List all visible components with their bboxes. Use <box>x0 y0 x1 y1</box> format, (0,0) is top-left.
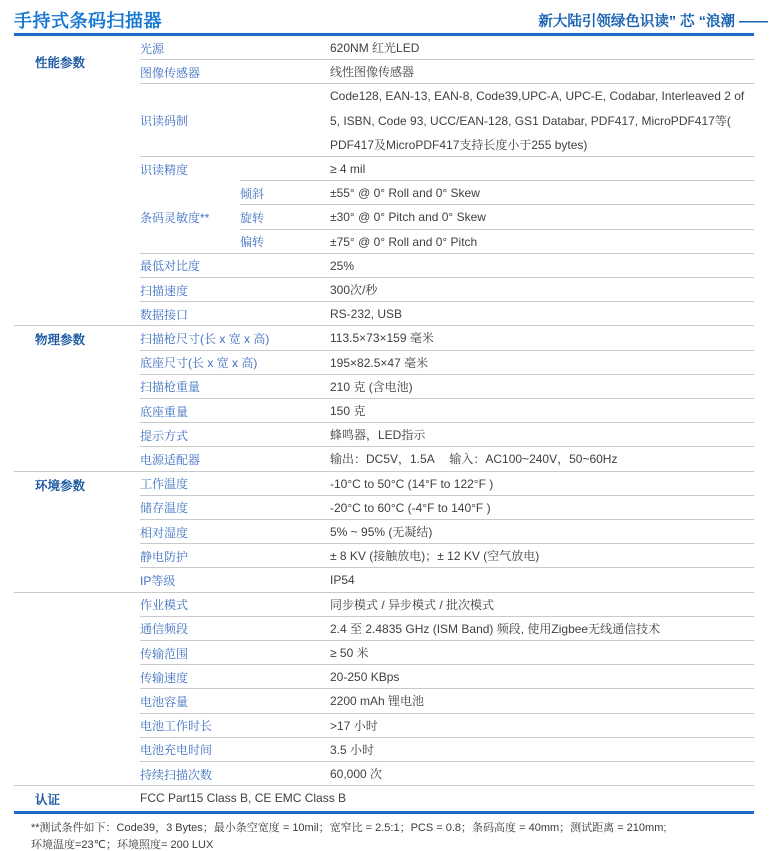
spec-value: 同步模式 / 异步模式 / 批次模式 <box>330 593 754 617</box>
spec-value: IP54 <box>330 568 754 592</box>
section-rows: 作业模式同步模式 / 异步模式 / 批次模式通信频段2.4 至 2.4835 G… <box>140 593 754 787</box>
spec-row: 倾斜±55° @ 0° Roll and 0° Skew <box>140 181 754 205</box>
spec-sublabel: 倾斜 <box>240 185 330 202</box>
spec-value: RS-232, USB <box>330 302 754 326</box>
spec-label: 相对湿度 <box>140 524 240 541</box>
spec-value: 20-250 KBps <box>330 665 754 689</box>
spec-row: 相对湿度5% ~ 95% (无凝结) <box>140 520 754 544</box>
section-rows: 扫描枪尺寸(长 x 宽 x 高)113.5×73×159 毫米底座尺寸(长 x … <box>140 326 754 471</box>
spec-label: 扫描枪尺寸(长 x 宽 x 高) <box>140 330 240 347</box>
spec-label: 条码灵敏度** <box>140 209 240 226</box>
footnote: **测试条件如下：Code39，3 Bytes；最小条空宽度 = 10mil；宽… <box>0 814 771 851</box>
spec-row: 条码灵敏度**旋转±30° @ 0° Pitch and 0° Skew <box>140 205 754 229</box>
spec-value: 60,000 次 <box>330 762 754 786</box>
spec-row: IP等级IP54 <box>140 568 754 592</box>
spec-row: 扫描速度300次/秒 <box>140 278 754 302</box>
spec-value: -10°C to 50°C (14°F to 122°F ) <box>330 472 754 496</box>
spec-value: ±30° @ 0° Pitch and 0° Skew <box>330 205 754 229</box>
spec-label: 识读码制 <box>140 112 240 129</box>
spec-value: Code128, EAN-13, EAN-8, Code39,UPC-A, UP… <box>330 84 754 157</box>
spec-row: 通信频段2.4 至 2.4835 GHz (ISM Band) 频段, 使用Zi… <box>140 617 754 641</box>
spec-row: 扫描枪重量210 克 (含电池) <box>140 375 754 399</box>
section-category <box>14 593 140 787</box>
spec-value: 113.5×73×159 毫米 <box>330 326 754 350</box>
spec-label: 传输速度 <box>140 669 240 686</box>
spec-value: 2200 mAh 锂电池 <box>330 689 754 713</box>
spec-row: 静电防护± 8 KV (接触放电)；± 12 KV (空气放电) <box>140 544 754 568</box>
spec-row: 提示方式蜂鸣器，LED指示 <box>140 423 754 447</box>
spec-label: 储存温度 <box>140 499 240 516</box>
spec-value: -20°C to 60°C (-4°F to 140°F ) <box>330 496 754 520</box>
spec-label: 扫描速度 <box>140 282 240 299</box>
spec-label: 传输范围 <box>140 645 240 662</box>
spec-label: 数据接口 <box>140 306 240 323</box>
spec-value: 210 克 (含电池) <box>330 375 754 399</box>
spec-value: FCC Part15 Class B, CE EMC Class B <box>140 786 754 810</box>
spec-value: 蜂鸣器，LED指示 <box>330 423 754 447</box>
spec-row: 传输范围≥ 50 米 <box>140 641 754 665</box>
spec-row: 最低对比度25% <box>140 254 754 278</box>
spec-label: 持续扫描次数 <box>140 766 240 783</box>
spec-value: 输出：DC5V，1.5A 输入：AC100~240V，50~60Hz <box>330 447 754 471</box>
spec-value: 3.5 小时 <box>330 738 754 762</box>
brand-tagline: 新大陆引领绿色识读” 芯 “浪潮 —— <box>538 7 768 31</box>
spec-row: 储存温度-20°C to 60°C (-4°F to 140°F ) <box>140 496 754 520</box>
spec-label: 识读精度 <box>140 161 240 178</box>
spec-label: 扫描枪重量 <box>140 378 240 395</box>
spec-value: 195×82.5×47 毫米 <box>330 351 754 375</box>
footnote-line-1: **测试条件如下：Code39，3 Bytes；最小条空宽度 = 10mil；宽… <box>31 820 761 838</box>
spec-value: 2.4 至 2.4835 GHz (ISM Band) 频段, 使用Zigbee… <box>330 617 754 641</box>
spec-value: ±75° @ 0° Roll and 0° Pitch <box>330 230 754 254</box>
spec-section: 认证FCC Part15 Class B, CE EMC Class B <box>14 786 754 810</box>
spec-value: 线性图像传感器 <box>330 60 754 84</box>
spec-value: 300次/秒 <box>330 278 754 302</box>
spec-row: 电池工作时长>17 小时 <box>140 714 754 738</box>
spec-label: 静电防护 <box>140 548 240 565</box>
spec-row: 电池容量2200 mAh 锂电池 <box>140 689 754 713</box>
spec-row: 扫描枪尺寸(长 x 宽 x 高)113.5×73×159 毫米 <box>140 326 754 350</box>
page-header: 手持式条码扫描器 新大陆引领绿色识读” 芯 “浪潮 —— <box>0 0 771 33</box>
spec-row: 光源620NM 红光LED <box>140 36 754 60</box>
section-rows: 光源620NM 红光LED图像传感器线性图像传感器识读码制Code128, EA… <box>140 36 754 326</box>
spec-label: IP等级 <box>140 572 240 589</box>
section-category: 性能参数 <box>14 36 140 326</box>
page-title: 手持式条码扫描器 <box>14 7 162 33</box>
spec-section: 物理参数扫描枪尺寸(长 x 宽 x 高)113.5×73×159 毫米底座尺寸(… <box>14 326 754 471</box>
spec-label: 最低对比度 <box>140 257 240 274</box>
spec-section: 作业模式同步模式 / 异步模式 / 批次模式通信频段2.4 至 2.4835 G… <box>14 593 754 787</box>
spec-value: 5% ~ 95% (无凝结) <box>330 520 754 544</box>
spec-section: 环境参数工作温度-10°C to 50°C (14°F to 122°F )储存… <box>14 472 754 593</box>
spec-row: 作业模式同步模式 / 异步模式 / 批次模式 <box>140 593 754 617</box>
spec-label: 电源适配器 <box>140 451 240 468</box>
spec-row: 识读码制Code128, EAN-13, EAN-8, Code39,UPC-A… <box>140 84 754 157</box>
section-category: 认证 <box>14 786 140 810</box>
datasheet-page: 手持式条码扫描器 新大陆引领绿色识读” 芯 “浪潮 —— 性能参数光源620NM… <box>0 0 771 851</box>
spec-row: 电池充电时间3.5 小时 <box>140 738 754 762</box>
spec-label: 工作温度 <box>140 475 240 492</box>
spec-row: 持续扫描次数60,000 次 <box>140 762 754 786</box>
spec-value: 150 克 <box>330 399 754 423</box>
spec-label: 底座重量 <box>140 403 240 420</box>
spec-table: 性能参数光源620NM 红光LED图像传感器线性图像传感器识读码制Code128… <box>14 33 754 814</box>
spec-row: 图像传感器线性图像传感器 <box>140 60 754 84</box>
spec-label: 光源 <box>140 40 240 57</box>
footnote-line-2: 环境温度=23℃；环境照度= 200 LUX <box>31 837 761 851</box>
spec-section: 性能参数光源620NM 红光LED图像传感器线性图像传感器识读码制Code128… <box>14 36 754 326</box>
spec-row: 底座重量150 克 <box>140 399 754 423</box>
spec-row: 识读精度≥ 4 mil <box>140 157 754 181</box>
section-rows: FCC Part15 Class B, CE EMC Class B <box>140 786 754 810</box>
spec-value: ±55° @ 0° Roll and 0° Skew <box>330 181 754 205</box>
spec-label: 提示方式 <box>140 427 240 444</box>
spec-label: 底座尺寸(长 x 宽 x 高) <box>140 354 240 371</box>
spec-label: 作业模式 <box>140 596 240 613</box>
spec-value: ± 8 KV (接触放电)；± 12 KV (空气放电) <box>330 544 754 568</box>
spec-row: 底座尺寸(长 x 宽 x 高)195×82.5×47 毫米 <box>140 351 754 375</box>
spec-row: 偏转±75° @ 0° Roll and 0° Pitch <box>140 230 754 254</box>
section-category: 环境参数 <box>14 472 140 593</box>
spec-row: FCC Part15 Class B, CE EMC Class B <box>140 786 754 810</box>
section-rows: 工作温度-10°C to 50°C (14°F to 122°F )储存温度-2… <box>140 472 754 593</box>
spec-label: 电池容量 <box>140 693 240 710</box>
spec-label: 电池充电时间 <box>140 741 240 758</box>
spec-value: 25% <box>330 254 754 278</box>
section-category: 物理参数 <box>14 326 140 471</box>
spec-row: 数据接口RS-232, USB <box>140 302 754 326</box>
spec-value: >17 小时 <box>330 714 754 738</box>
spec-value: 620NM 红光LED <box>330 36 754 60</box>
spec-row: 电源适配器输出：DC5V，1.5A 输入：AC100~240V，50~60Hz <box>140 447 754 471</box>
spec-value: ≥ 4 mil <box>330 157 754 181</box>
spec-row: 工作温度-10°C to 50°C (14°F to 122°F ) <box>140 472 754 496</box>
spec-sublabel: 旋转 <box>240 209 330 226</box>
spec-label: 图像传感器 <box>140 64 240 81</box>
spec-label: 电池工作时长 <box>140 717 240 734</box>
spec-label: 通信频段 <box>140 620 240 637</box>
spec-value: ≥ 50 米 <box>330 641 754 665</box>
spec-row: 传输速度20-250 KBps <box>140 665 754 689</box>
spec-sublabel: 偏转 <box>240 233 330 250</box>
